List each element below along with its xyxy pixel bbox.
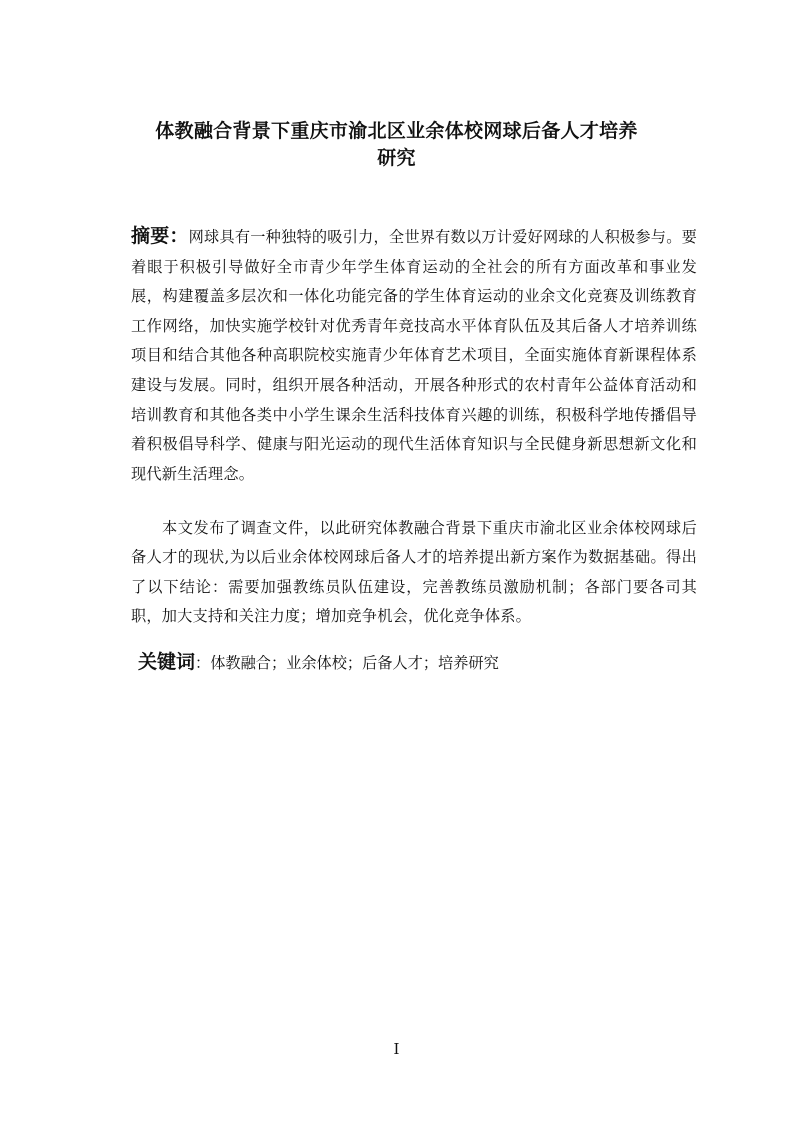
- abstract-label: 摘要：: [131, 225, 189, 247]
- keywords-label: 关键词: [138, 651, 195, 673]
- title-line-2: 研究: [100, 145, 693, 172]
- page-title: 体教融合背景下重庆市渝北区业余体校网球后备人才培养 研究: [100, 118, 693, 172]
- page-number: I: [0, 1040, 793, 1058]
- summary-paragraph: 本文发布了调查文件，以此研究体教融合背景下重庆市渝北区业余体校网球后备人才的现状…: [131, 514, 697, 632]
- keywords-line: 关键词：体教融合；业余体校；后备人才；培养研究: [138, 648, 499, 678]
- keywords-text: ：体教融合；业余体校；后备人才；培养研究: [195, 654, 499, 672]
- abstract-paragraph: 摘要：网球具有一种独特的吸引力，全世界有数以万计爱好网球的人积极参与。要着眼于积…: [131, 222, 697, 489]
- title-line-1: 体教融合背景下重庆市渝北区业余体校网球后备人才培养: [100, 118, 693, 145]
- abstract-text: 网球具有一种独特的吸引力，全世界有数以万计爱好网球的人积极参与。要着眼于积极引导…: [131, 228, 697, 483]
